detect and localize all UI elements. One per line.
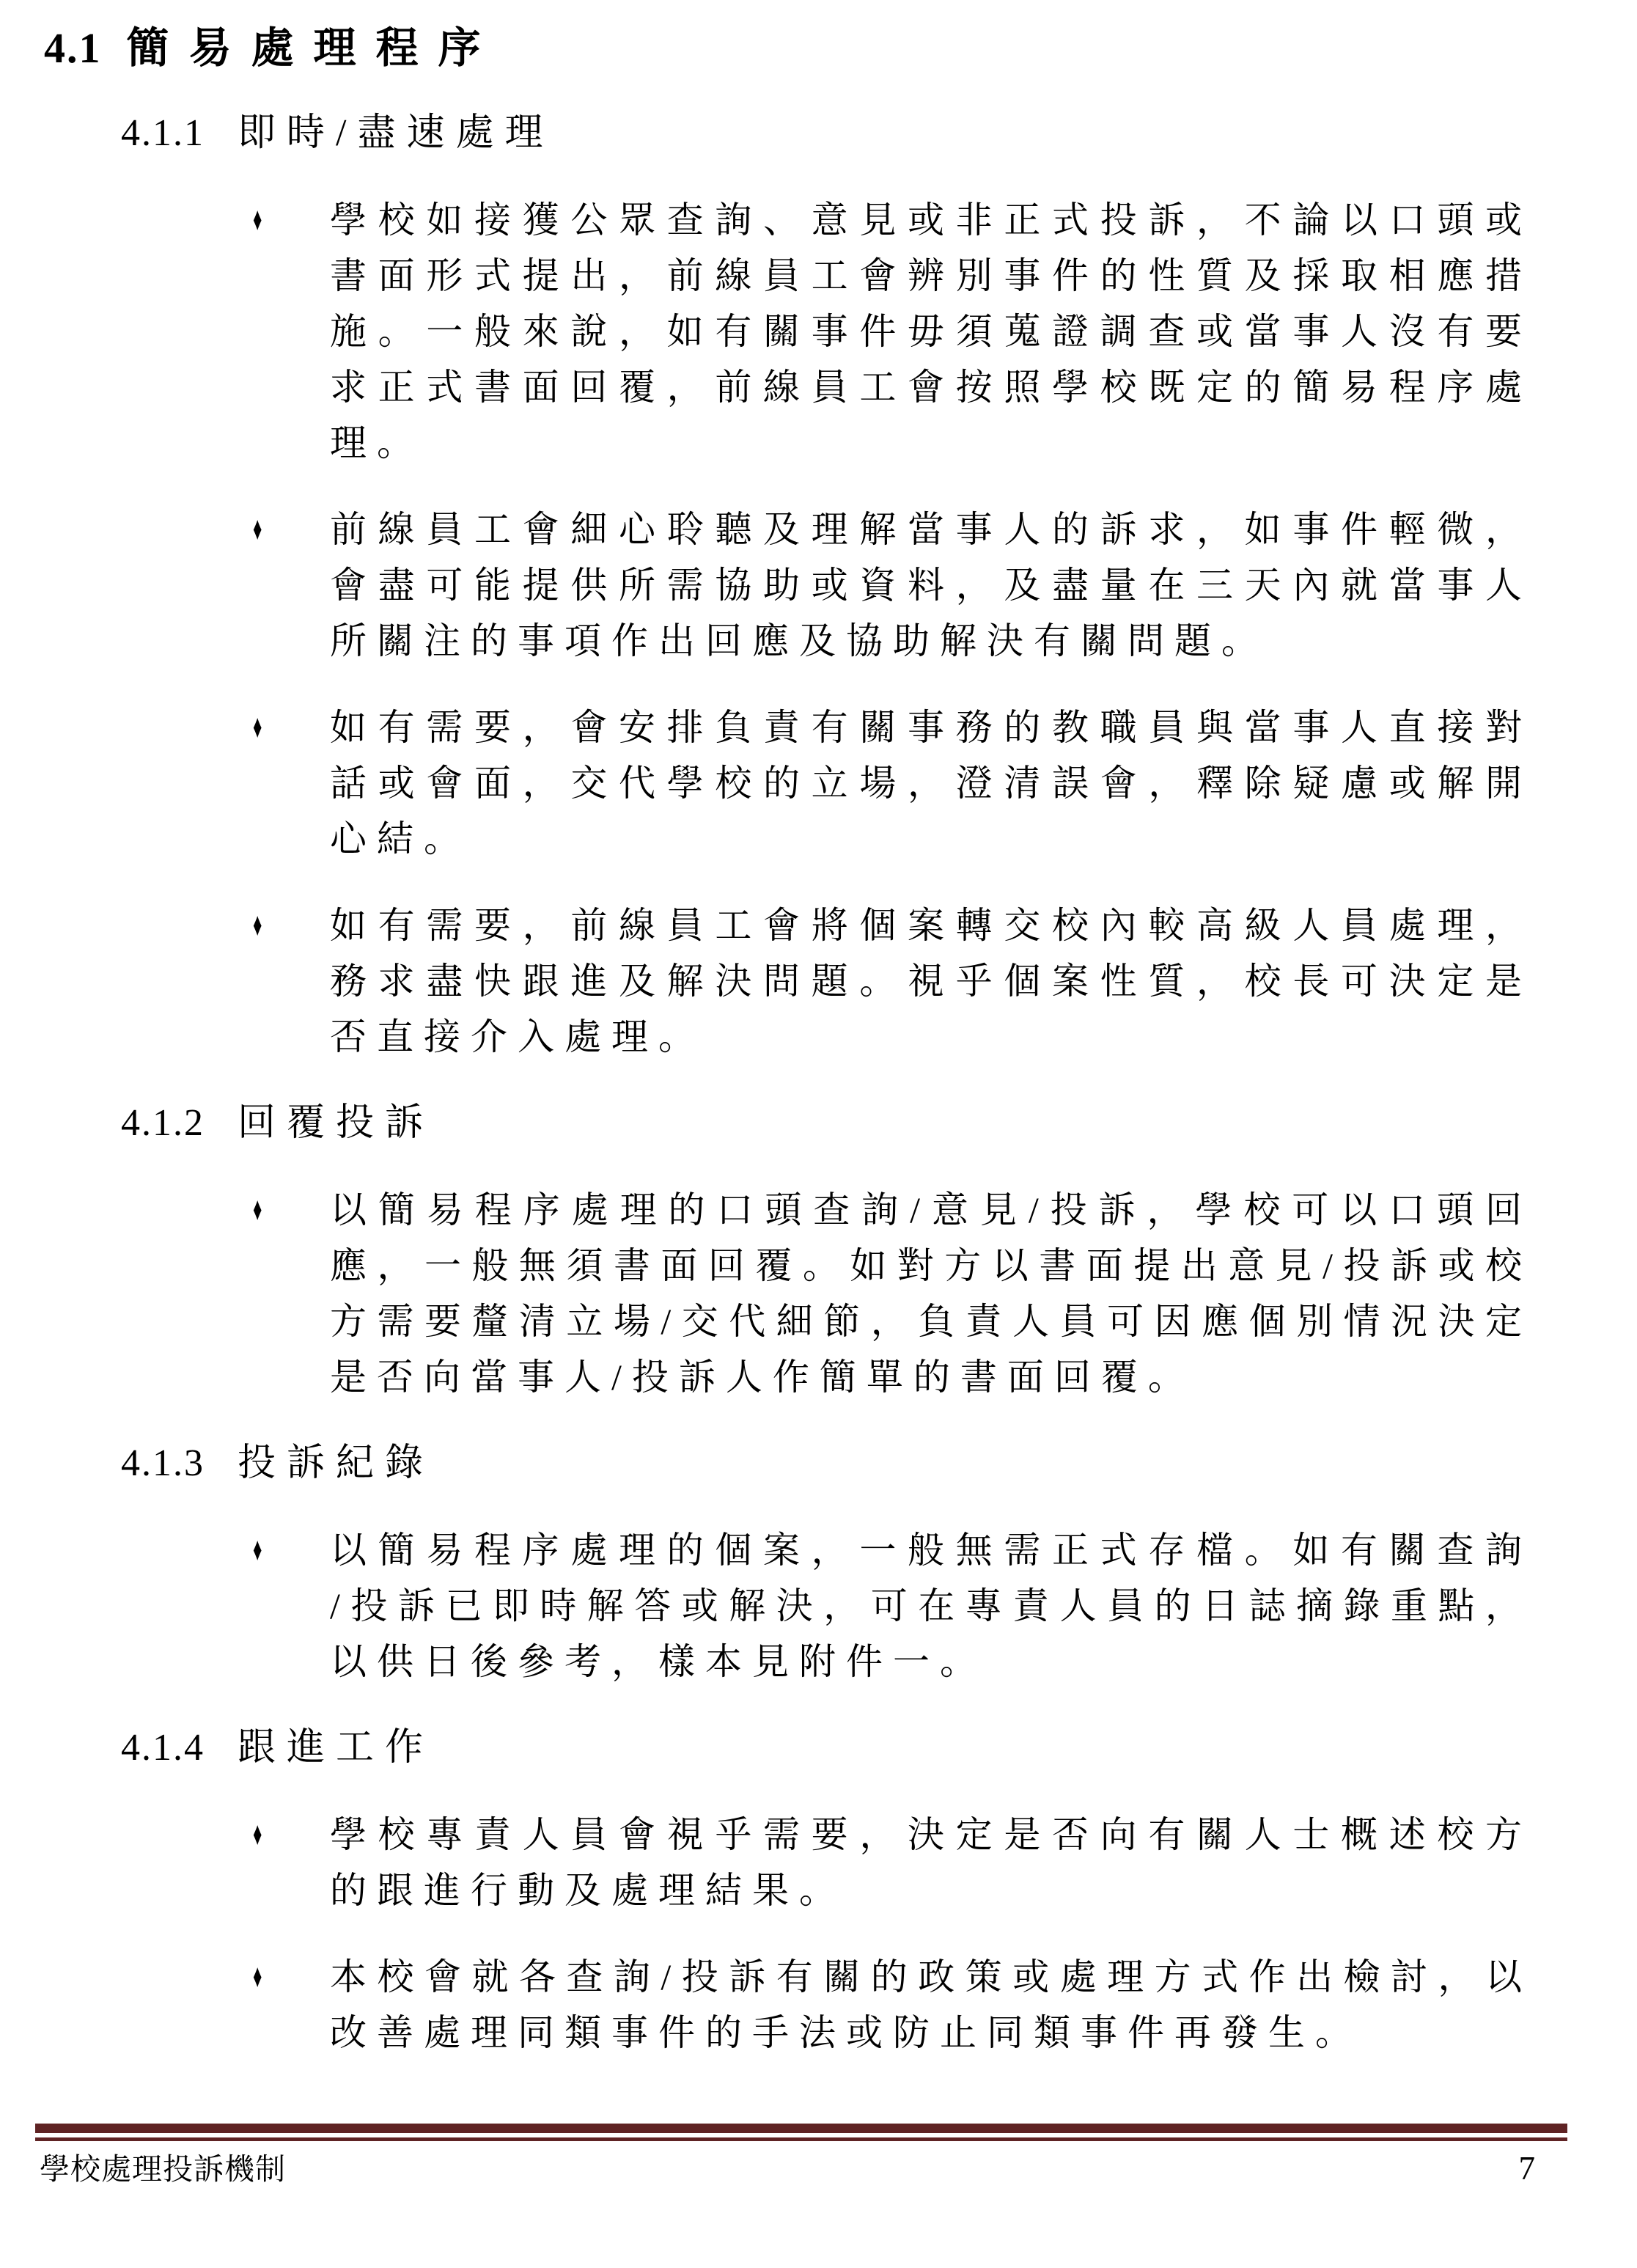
diamond-bullet-icon: ♦ [253, 700, 330, 867]
diamond-glyph: ♦ [253, 191, 262, 249]
paragraph-line: 本校會就各查詢/投訴有關的政策或處理方式作出檢討，以 [330, 1949, 1532, 2005]
subsection-heading: 4.1.4跟進工作 [121, 1725, 1637, 1772]
paragraph-line: 學校專責人員會視乎需要，決定是否向有關人士概述校方 [330, 1807, 1532, 1863]
diamond-bullet-icon: ♦ [253, 502, 330, 669]
paragraph-line: 會盡可能提供所需協助或資料，及盡量在三天內就當事人 [330, 557, 1532, 613]
diamond-bullet-icon: ♦ [253, 1182, 330, 1405]
paragraph-line: 改善處理同類事件的手法或防止同類事件再發生。 [330, 2005, 1532, 2060]
paragraph-line: 以簡易程序處理的口頭查詢/意見/投訴，學校可以口頭回 [330, 1182, 1532, 1238]
paragraph-line: 求正式書面回覆，前線員工會按照學校既定的簡易程序處 [330, 359, 1532, 415]
diamond-bullet-icon: ♦ [253, 898, 330, 1065]
diamond-bullet-icon: ♦ [253, 192, 330, 471]
paragraph-line: /投訴已即時解答或解決，可在專責人員的日誌摘錄重點， [330, 1578, 1532, 1634]
subsection-number: 4.1.4 [121, 1727, 205, 1769]
bullet-paragraph: 學校如接獲公眾查詢、意見或非正式投訴，不論以口頭或書面形式提出，前線員工會辨別事… [330, 192, 1532, 471]
page-number: 7 [1519, 2149, 1536, 2187]
bullet-item: ♦以簡易程序處理的個案，一般無需正式存檔。如有關查詢/投訴已即時解答或解決，可在… [253, 1522, 1637, 1689]
section-heading: 4.1簡易處理程序 [44, 22, 1637, 75]
subsection-4.1.3: 4.1.3投訴紀錄♦以簡易程序處理的個案，一般無需正式存檔。如有關查詢/投訴已即… [121, 1440, 1637, 1689]
footer-row: 學校處理投訴機制 7 [35, 2145, 1567, 2188]
subsection-title: 即時/盡速處理 [238, 112, 553, 154]
subsection-heading: 4.1.3投訴紀錄 [121, 1440, 1637, 1487]
page-footer: 學校處理投訴機制 7 [35, 2124, 1567, 2188]
bullet-item: ♦如有需要，前線員工會將個案轉交校內較高級人員處理，務求盡快跟進及解決問題。視乎… [253, 898, 1637, 1065]
subsection-heading: 4.1.2回覆投訴 [121, 1100, 1637, 1147]
bullet-paragraph: 如有需要，前線員工會將個案轉交校內較高級人員處理，務求盡快跟進及解決問題。視乎個… [330, 898, 1532, 1065]
paragraph-line: 所關注的事項作出回應及協助解決有關問題。 [330, 613, 1532, 669]
subsection-4.1.4: 4.1.4跟進工作♦學校專責人員會視乎需要，決定是否向有關人士概述校方的跟進行動… [121, 1725, 1637, 2060]
paragraph-line: 是否向當事人/投訴人作簡單的書面回覆。 [330, 1349, 1532, 1405]
paragraph-line: 以簡易程序處理的個案，一般無需正式存檔。如有關查詢 [330, 1522, 1532, 1578]
bullet-paragraph: 以簡易程序處理的個案，一般無需正式存檔。如有關查詢/投訴已即時解答或解決，可在專… [330, 1522, 1532, 1689]
bullet-item: ♦如有需要，會安排負責有關事務的教職員與當事人直接對話或會面，交代學校的立場，澄… [253, 700, 1637, 867]
bullet-item: ♦前線員工會細心聆聽及理解當事人的訴求，如事件輕微，會盡可能提供所需協助或資料，… [253, 502, 1637, 669]
paragraph-line: 如有需要，會安排負責有關事務的教職員與當事人直接對 [330, 700, 1532, 755]
paragraph-line: 前線員工會細心聆聽及理解當事人的訴求，如事件輕微， [330, 502, 1532, 557]
subsection-heading: 4.1.1即時/盡速處理 [121, 110, 1637, 157]
paragraph-line: 學校如接獲公眾查詢、意見或非正式投訴，不論以口頭或 [330, 192, 1532, 248]
diamond-bullet-icon: ♦ [253, 1807, 330, 1918]
footer-rule-thick [35, 2124, 1567, 2133]
paragraph-line: 務求盡快跟進及解決問題。視乎個案性質，校長可決定是 [330, 953, 1532, 1009]
subsection-4.1.2: 4.1.2回覆投訴♦以簡易程序處理的口頭查詢/意見/投訴，學校可以口頭回應，一般… [121, 1100, 1637, 1405]
subsection-4.1.1: 4.1.1即時/盡速處理♦學校如接獲公眾查詢、意見或非正式投訴，不論以口頭或書面… [121, 110, 1637, 1065]
diamond-bullet-icon: ♦ [253, 1522, 330, 1689]
section-title: 簡易處理程序 [127, 24, 501, 72]
bullet-item: ♦學校專責人員會視乎需要，決定是否向有關人士概述校方的跟進行動及處理結果。 [253, 1807, 1637, 1918]
subsection-title: 回覆投訴 [238, 1102, 434, 1144]
bullet-item: ♦學校如接獲公眾查詢、意見或非正式投訴，不論以口頭或書面形式提出，前線員工會辨別… [253, 192, 1637, 471]
subsection-number: 4.1.3 [121, 1442, 205, 1484]
diamond-bullet-icon: ♦ [253, 1949, 330, 2060]
paragraph-line: 施。一般來說，如有關事件毋須蒐證調查或當事人沒有要 [330, 304, 1532, 359]
bullet-item: ♦本校會就各查詢/投訴有關的政策或處理方式作出檢討，以改善處理同類事件的手法或防… [253, 1949, 1637, 2060]
bullet-paragraph: 本校會就各查詢/投訴有關的政策或處理方式作出檢討，以改善處理同類事件的手法或防止… [330, 1949, 1532, 2060]
footer-document-title: 學校處理投訴機制 [40, 2145, 286, 2188]
paragraph-line: 否直接介入處理。 [330, 1009, 1532, 1065]
bullet-paragraph: 學校專責人員會視乎需要，決定是否向有關人士概述校方的跟進行動及處理結果。 [330, 1807, 1532, 1918]
paragraph-line: 如有需要，前線員工會將個案轉交校內較高級人員處理， [330, 898, 1532, 953]
subsection-title: 跟進工作 [238, 1727, 434, 1769]
bullet-paragraph: 以簡易程序處理的口頭查詢/意見/投訴，學校可以口頭回應，一般無須書面回覆。如對方… [330, 1182, 1532, 1405]
subsection-title: 投訴紀錄 [238, 1442, 434, 1484]
subsection-number: 4.1.1 [121, 112, 205, 154]
paragraph-line: 話或會面，交代學校的立場，澄清誤會，釋除疑慮或解開 [330, 755, 1532, 811]
bullet-paragraph: 如有需要，會安排負責有關事務的教職員與當事人直接對話或會面，交代學校的立場，澄清… [330, 700, 1532, 867]
paragraph-line: 理。 [330, 415, 1532, 471]
document-page: 4.1簡易處理程序 4.1.1即時/盡速處理♦學校如接獲公眾查詢、意見或非正式投… [0, 0, 1637, 2060]
paragraph-line: 以供日後參考，樣本見附件一。 [330, 1634, 1532, 1689]
paragraph-line: 的跟進行動及處理結果。 [330, 1863, 1532, 1918]
diamond-glyph: ♦ [253, 1805, 262, 1864]
subsections: 4.1.1即時/盡速處理♦學校如接獲公眾查詢、意見或非正式投訴，不論以口頭或書面… [0, 110, 1637, 2060]
paragraph-line: 方需要釐清立場/交代細節，負責人員可因應個別情況決定 [330, 1293, 1532, 1349]
paragraph-line: 心結。 [330, 811, 1532, 867]
diamond-glyph: ♦ [253, 500, 262, 559]
bullet-item: ♦以簡易程序處理的口頭查詢/意見/投訴，學校可以口頭回應，一般無須書面回覆。如對… [253, 1182, 1637, 1405]
footer-rule-thin [35, 2137, 1567, 2141]
diamond-glyph: ♦ [253, 698, 262, 757]
subsection-number: 4.1.2 [121, 1102, 205, 1144]
diamond-glyph: ♦ [253, 1521, 262, 1579]
diamond-glyph: ♦ [253, 896, 262, 955]
paragraph-line: 書面形式提出，前線員工會辨別事件的性質及採取相應措 [330, 248, 1532, 304]
section-number: 4.1 [44, 24, 102, 72]
bullet-paragraph: 前線員工會細心聆聽及理解當事人的訴求，如事件輕微，會盡可能提供所需協助或資料，及… [330, 502, 1532, 669]
diamond-glyph: ♦ [253, 1948, 262, 2006]
diamond-glyph: ♦ [253, 1181, 262, 1239]
paragraph-line: 應，一般無須書面回覆。如對方以書面提出意見/投訴或校 [330, 1238, 1532, 1293]
